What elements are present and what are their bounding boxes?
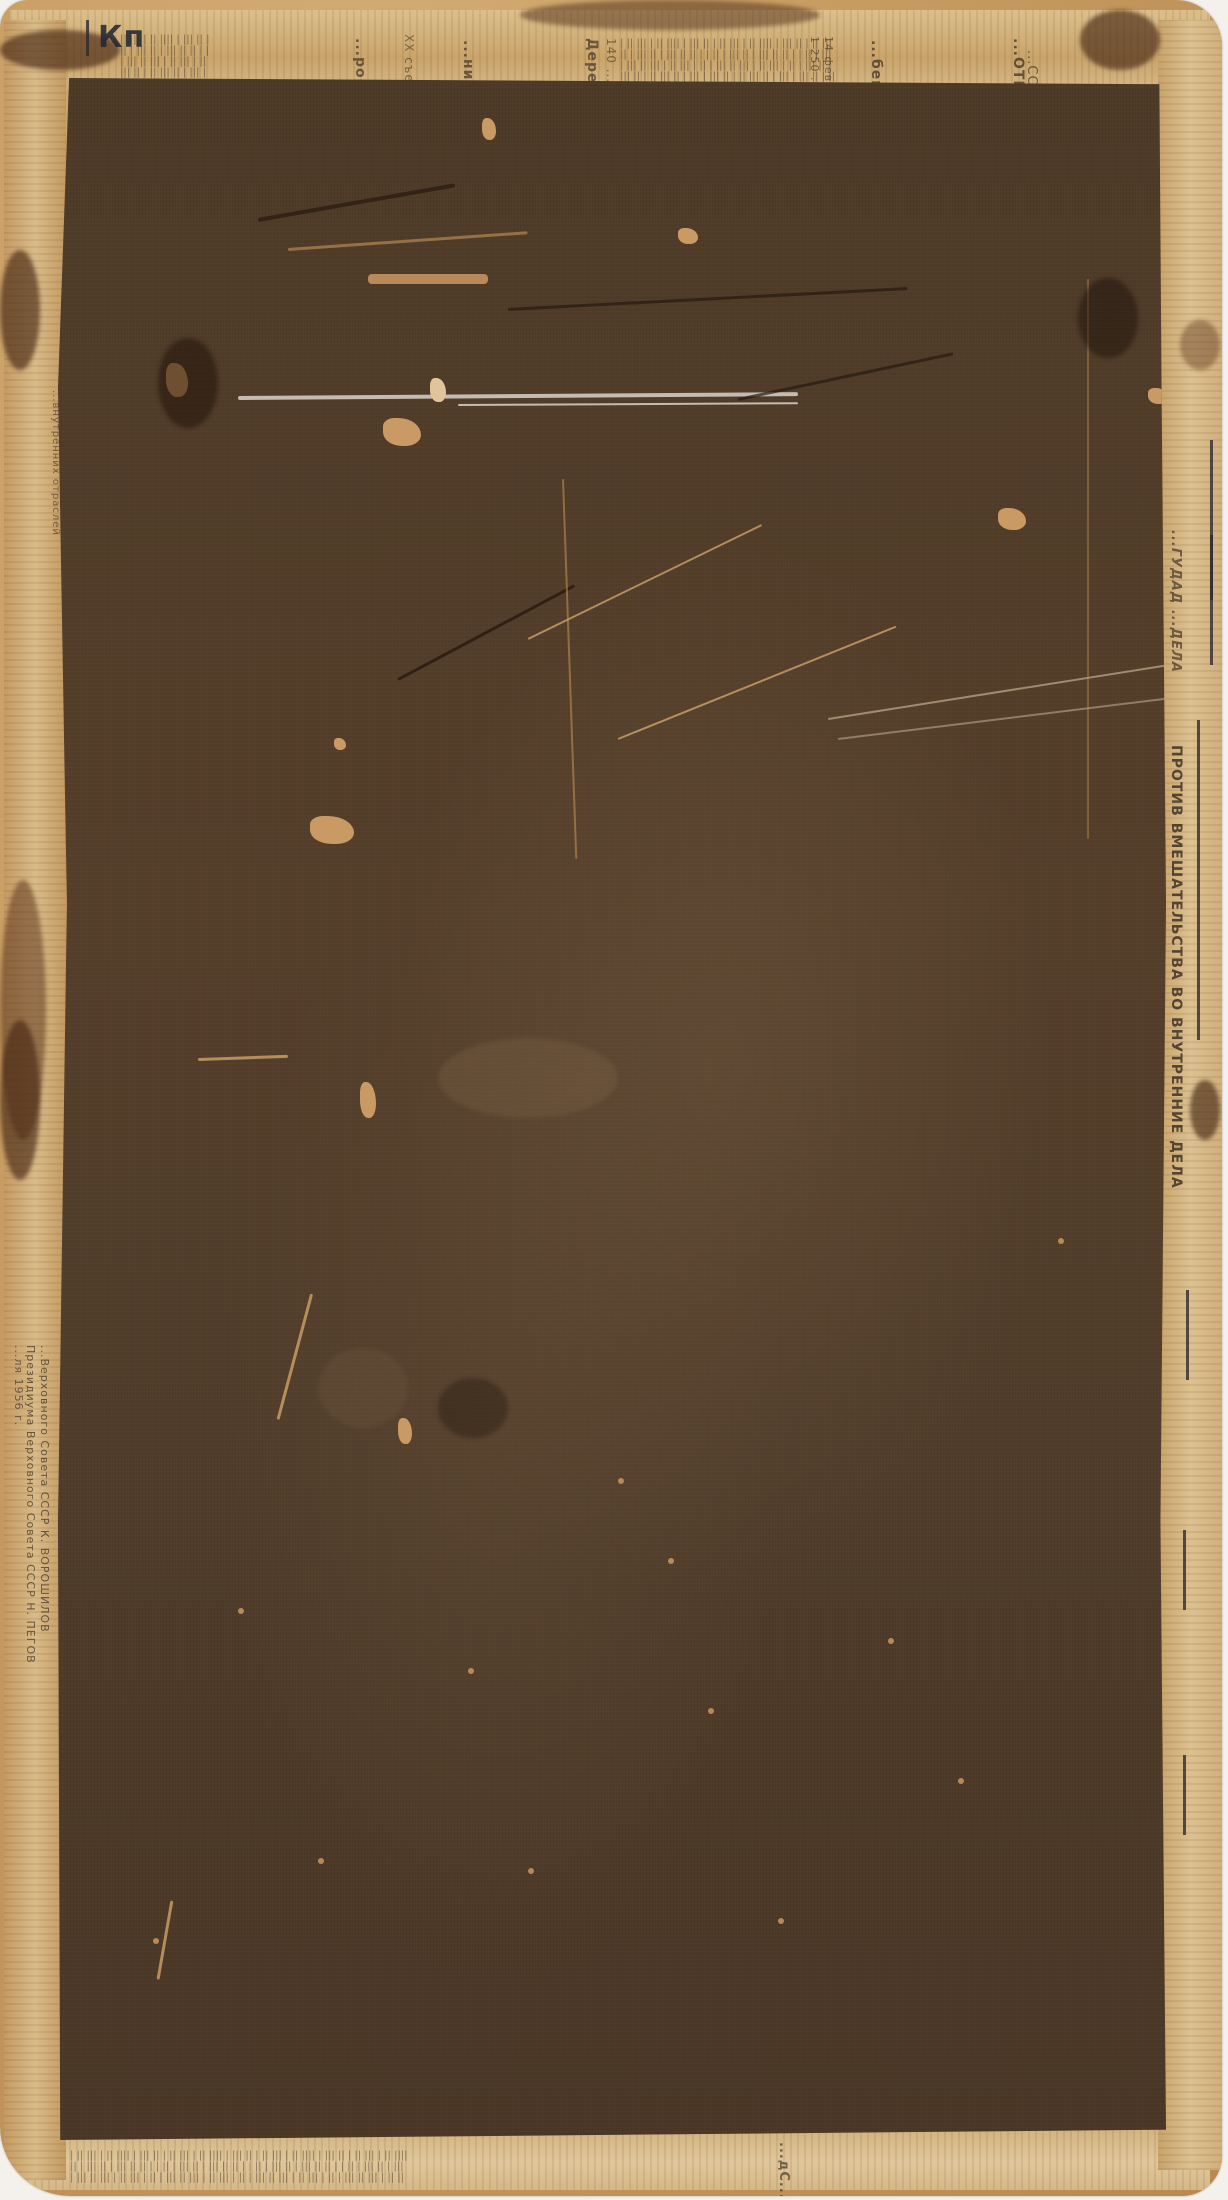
stain [438,1038,618,1118]
scratch-mark [528,524,763,640]
scratch-mark [397,584,575,681]
spot [468,1668,474,1674]
spot [618,1478,624,1484]
newspaper-column-texture: | || ||| | || |||| | ||| || | || ||| | |… [70,2150,1130,2190]
scratch-mark [157,1900,174,1979]
newspaper-rule [1186,1290,1189,1380]
spot [153,1938,159,1944]
chip-loss [368,274,488,284]
scratch-mark [1087,279,1089,839]
stain [520,0,820,30]
photo-scene: Кп ...ров ...ник Дерев... 140 ... XX съе… [0,0,1228,2200]
spot [528,1868,534,1874]
scratch-mark [562,479,577,859]
newspaper-column-texture: | || ||| | || |||| | ||| || | || ||| | |… [620,38,1140,88]
newspaper-fragment: ...ля 1956 г. [12,1345,25,1426]
scratch-mark [288,231,528,251]
newspaper-rule [1183,1755,1186,1835]
scratch-mark [458,402,798,406]
stain [318,1348,408,1428]
scratch-mark [618,626,897,740]
newspaper-headline-right: ПРОТИВ ВМЕШАТЕЛЬСТВА ВО ВНУТРЕННИЕ ДЕЛА [1168,745,1184,1189]
wooden-panel-back: Кп ...ров ...ник Дерев... 140 ... XX съе… [0,0,1222,2196]
chip-loss [310,816,354,844]
scratch-mark [738,352,954,401]
chip-loss [383,418,421,446]
spot [238,1608,244,1614]
newspaper-rule [1210,535,1213,665]
spot [888,1638,894,1644]
dark-canvas-panel [58,78,1166,2140]
scratch-mark [198,1055,288,1061]
scratch-mark [238,392,798,400]
newspaper-fragment: ...Верховного Совета СССР К. ВОРОШИЛОВ [38,1345,51,1633]
chip-loss [360,1082,376,1118]
stain [1180,320,1220,370]
scratch-mark [828,659,1204,720]
stain [1190,1080,1220,1140]
chip-loss [334,738,346,750]
stain [1078,278,1138,358]
spot [668,1558,674,1564]
chip-loss [398,1418,412,1444]
scratch-mark [508,287,908,311]
spot [958,1778,964,1784]
stain [438,1378,508,1438]
newspaper-fragment: ...ГУДАД ...ДЕЛА [1168,530,1183,673]
spot [708,1708,714,1714]
chip-loss [678,228,698,244]
scratch-mark [277,1294,314,1420]
scratch-mark [838,694,1196,740]
newspaper-rule [1183,1530,1186,1610]
newspaper-rule [1197,720,1200,1040]
stain [158,338,218,428]
chip-loss [998,508,1026,530]
newspaper-fragment: 140 ... [604,38,618,83]
spot [318,1858,324,1864]
newspaper-fragment: Президиума Верховного Совета СССР Н. ПЕГ… [24,1345,37,1664]
scratch-mark [258,183,456,222]
stain [0,250,40,370]
newspaper-rule [86,20,89,56]
chip-loss [482,118,496,140]
spot [1058,1238,1064,1244]
newspaper-column-texture: || ||| | || |||| | ||| || | || | ||| || … [120,34,330,84]
spot [778,1918,784,1924]
stain [0,1020,40,1180]
chip-loss [430,378,446,402]
